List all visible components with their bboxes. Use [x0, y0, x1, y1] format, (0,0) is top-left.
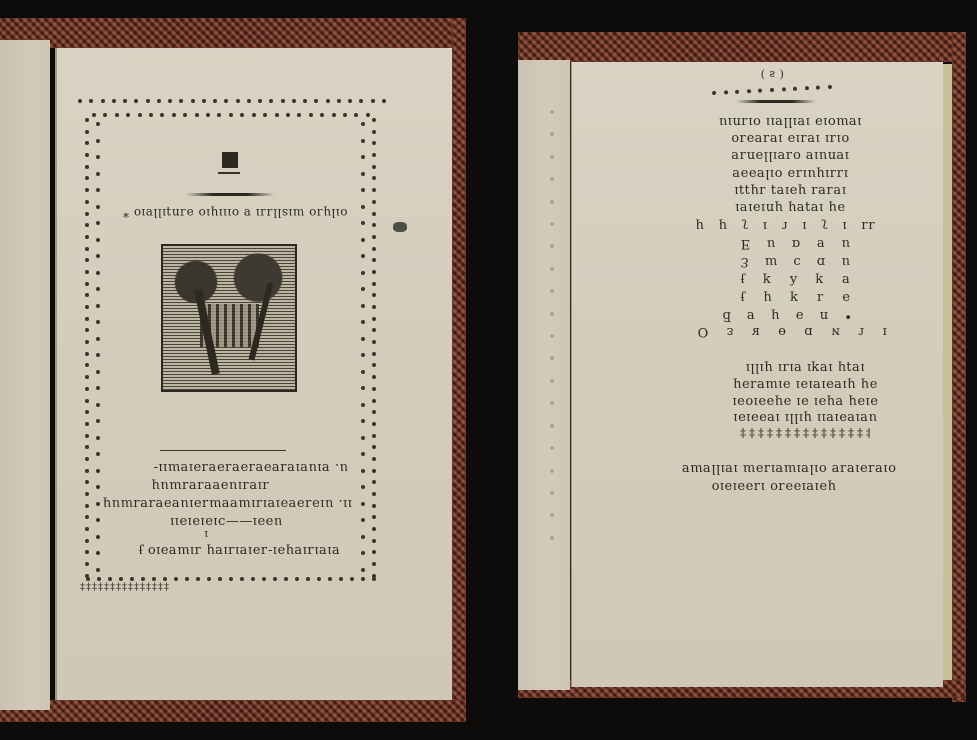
right-cover-border-top	[518, 32, 966, 62]
horizontal-rule	[160, 450, 286, 451]
right-dot-border-inner	[361, 122, 365, 572]
small-rule	[218, 172, 240, 174]
glyph: u	[841, 236, 850, 251]
glyph: ǝ	[795, 308, 803, 323]
glyph: ǝ	[842, 290, 850, 305]
top-block-line-6: ǝɥ ıɐʇɐɥ ɥnıǝıɐı	[710, 200, 870, 215]
alphabet-row-6: • n ǝ ɥ ɐ ƃ	[722, 308, 852, 323]
glyph: ɥ	[771, 308, 780, 323]
left-cover-border-right	[452, 18, 466, 718]
glyph: •	[844, 308, 852, 323]
glyph: ʅ	[821, 218, 828, 233]
bottom-dot-border	[86, 577, 376, 581]
glyph: ʞ	[790, 290, 798, 305]
glyph: ɐ	[842, 272, 850, 287]
glyph: ʅ	[741, 218, 748, 233]
glyph: ɥ	[718, 218, 727, 233]
glyph: ı	[762, 218, 767, 233]
lower-line-4: uǝǝı——ɔıǝıǝıǝıı	[156, 514, 296, 529]
woodcut-illustration	[161, 244, 297, 392]
lower-line-2: ɹıɐɹıuǝɐɐɹɐɹɯuɥ	[140, 478, 280, 493]
right-ornament-divider	[736, 100, 816, 103]
right-dot-border	[372, 118, 376, 578]
left-cover-border-bottom	[0, 700, 466, 722]
glyph: u	[766, 236, 775, 251]
glyph: O	[697, 324, 708, 339]
right-cover-border-right	[952, 32, 966, 702]
alphabet-row-7: ɪ ɾ ɴ ɒ ɵ ʁ ɛ O	[697, 324, 887, 339]
top-block-line-3: ıɐnuıɐ oɹɐıllǝnɹɐ	[710, 148, 870, 163]
left-gutter-line	[55, 48, 57, 700]
alphabet-row-3: u ɒ ɔ ɯ Ɛ	[740, 254, 850, 269]
glyph: ɒ	[804, 324, 813, 339]
glyph: ɐ	[747, 308, 755, 323]
glyph: ɯ	[764, 254, 777, 269]
glyph: Ɛ	[740, 254, 749, 269]
glyph: ɥ	[763, 290, 772, 305]
middle-block-line-4: uɐıɐǝıɐıı ɥıllı ıɐǝǝıǝı	[730, 410, 880, 425]
left-dot-border	[85, 118, 89, 578]
glyph: ɟ	[740, 290, 745, 305]
right-gutter-line	[570, 62, 572, 687]
glyph: ʁ	[752, 324, 760, 339]
printer-device-emblem	[222, 152, 238, 168]
lower-line-1: u. ɐıuɐıɐɹɐǝɐɹǝɐɹǝɐɹǝıɐɯıı-	[122, 460, 348, 475]
right-page-edge	[943, 64, 952, 680]
glyph: ʎ	[789, 272, 797, 287]
right-dagger-row: ‡‡‡‡‡‡‡‡‡‡‡‡‡‡‡	[740, 426, 870, 440]
glyph: ɾ	[858, 324, 864, 339]
glyph: ı	[842, 218, 847, 233]
ink-stain	[393, 222, 407, 232]
alphabet-row-5: ǝ ɹ ʞ ɥ ɟ	[740, 290, 850, 305]
alphabet-row-2: u ɐ ɑ u Ǝ	[740, 236, 850, 251]
glyph: ɴ	[831, 324, 840, 339]
middle-block-line-2: ǝɥ ɥıɐǝıɐıǝı ǝıɯɐɹǝɥ	[730, 377, 880, 392]
bottom-dagger-ornament: ‡‡‡‡‡‡‡‡‡‡‡‡‡‡‡	[80, 582, 380, 593]
top-block-line-4: ıɹɹıɥuıɹǝ oılɐǝǝɐ	[710, 166, 870, 181]
top-block-line-2: oıɹı ıɐɹıǝ ıɐɹɐǝɹo	[710, 131, 870, 146]
glyph: ɛ	[726, 324, 733, 339]
left-flyleaf	[0, 40, 50, 710]
lower-line-3: ıı. uıǝɹǝɐǝıɐıɹıɯɐɐɯɹǝıuɐǝɐɹɐɹɯuɥ	[126, 496, 352, 511]
page-number: ( ƨ )	[752, 68, 792, 81]
glyph: ɑ	[791, 236, 800, 251]
glyph: Ǝ	[740, 236, 750, 251]
glyph: ɹɹ	[861, 218, 875, 233]
middle-block-line-3: ǝıǝɥ ɐɥǝı ǝı ǝɥǝǝıoǝı	[730, 394, 880, 409]
glyph: ɥ	[695, 218, 704, 233]
glyph: ɐ	[817, 236, 825, 251]
glyph: ʞ	[763, 272, 771, 287]
glyph: ɾ	[781, 218, 787, 233]
middle-block-line-1: ıɐʇɥ ıɐʞı ɐıɹı ɥıllı	[730, 360, 880, 375]
glyph: ı	[802, 218, 807, 233]
left-cover-border-top	[0, 18, 466, 48]
top-block-line-5: ıɐɹɐɹ ɥǝıɐʇ ɹɥʇʇı	[710, 183, 870, 198]
right-flyleaf	[518, 60, 570, 690]
glyph: ɟ	[740, 272, 745, 287]
glyph: ɪ	[882, 324, 887, 339]
glyph: ʞ	[815, 272, 823, 287]
top-block-line-1: ıɐɯoıǝ ıɐıllɐıı oıɹnıu	[710, 114, 870, 129]
top-dot-border-inner	[92, 113, 370, 117]
left-dot-border-inner	[96, 122, 100, 572]
glyph: n	[819, 308, 828, 323]
lower-line-6: ɐıɐıɹıɐɥǝı-ɹǝıɐıɹıɐɥ ɹıɯɐǝıo ɟ	[126, 543, 352, 558]
glyph: ɹ	[817, 290, 824, 305]
bottom-block-line-2: ɥǝıɐıǝǝɹo ıɹǝǝıǝıo	[706, 479, 836, 494]
alphabet-row-1: ɹɹ ı ʅ ı ɾ ı ʅ ɥ ɥ	[695, 218, 875, 233]
glyph: ɵ	[778, 324, 786, 339]
bottom-block-line-1: oıɐɹǝıɐɹɐ oılɐıɯɐıɹǝɯ ıɐıllɐɯɐ	[706, 461, 896, 476]
alphabet-row-4: ɐ ʞ ʎ ʞ ɟ	[740, 272, 850, 287]
show-through-dots	[550, 110, 554, 540]
glyph: ɔ	[793, 254, 801, 269]
top-dot-border-outer	[78, 99, 386, 103]
ornament-divider	[186, 193, 274, 196]
lower-line-5: ı	[196, 528, 216, 541]
glyph: u	[841, 254, 850, 269]
title-line: oılɥɹo ɯısllɹɹı ɐ oıııɥıo ǝɹnʇıllɐıo *	[122, 206, 348, 220]
glyph: ƃ	[722, 308, 731, 323]
glyph: ɒ	[817, 254, 826, 269]
